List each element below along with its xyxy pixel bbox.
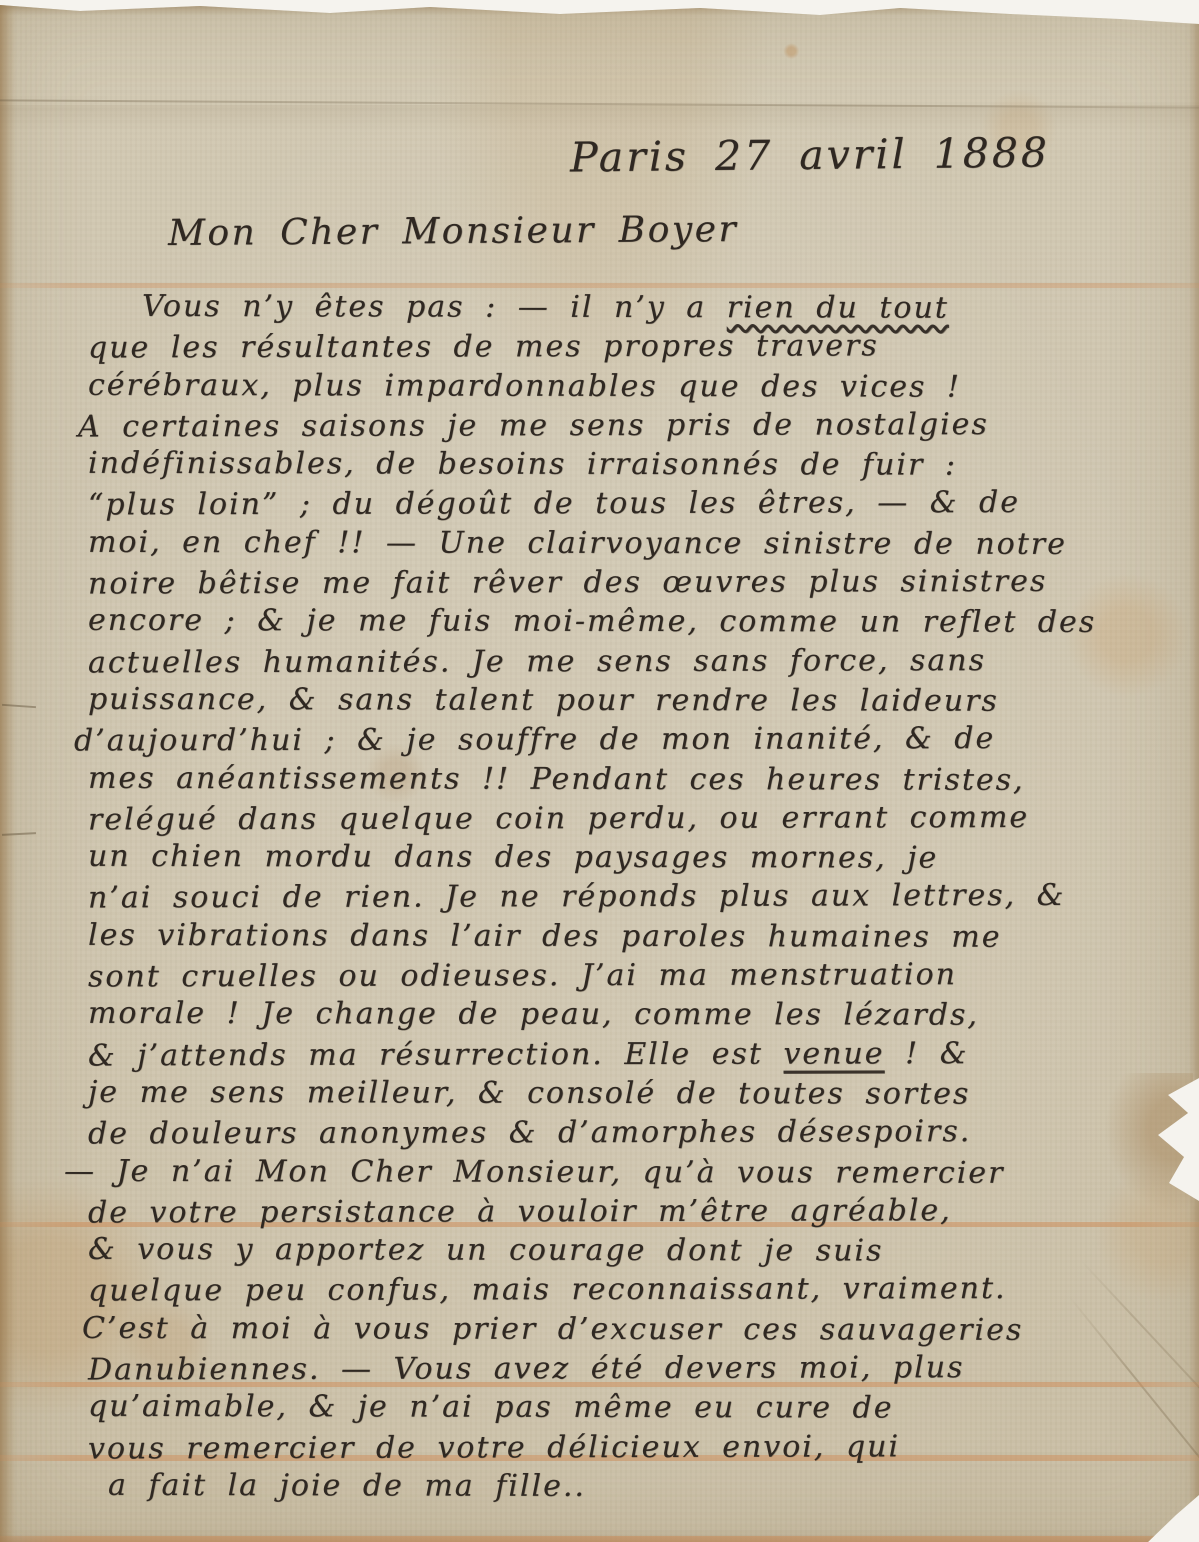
handwritten-line: les vibrations dans l’air des paroles hu… — [88, 916, 1192, 958]
handwritten-line: C’est à moi à vous prier d’excuser ces s… — [82, 1309, 1192, 1351]
handwritten-line: & vous y apportez un courage dont je sui… — [88, 1230, 1192, 1272]
handwritten-line: actuelles humanités. Je me sens sans for… — [88, 640, 1192, 682]
handwritten-line: d’aujourd’hui ; & je souffre de mon inan… — [74, 719, 1192, 761]
handwritten-line: puissance, & sans talent pour rendre les… — [88, 680, 1192, 722]
handwritten-line: — Je n’ai Mon Cher Monsieur, qu’à vous r… — [64, 1151, 1192, 1193]
handwritten-line: qu’aimable, & je n’ai pas même eu cure d… — [88, 1387, 1192, 1429]
underlined-phrase: venue — [783, 1036, 884, 1071]
paper-edge-left — [0, 5, 16, 1542]
handwritten-line: de votre persistance à vouloir m’être ag… — [88, 1190, 1192, 1232]
letter-dateline: Paris 27 avril 1888 — [570, 128, 1050, 181]
handwritten-line: moi, en chef !! — Une clairvoyance sinis… — [88, 523, 1192, 565]
handwritten-line: indéfinissables, de besoins irraisonnés … — [88, 444, 1192, 486]
ruled-line — [0, 1536, 1199, 1542]
handwritten-line: cérébraux, plus impardonnables que des v… — [88, 365, 1192, 407]
handwritten-line: & j’attends ma résurrection. Elle est ve… — [88, 1033, 1192, 1075]
handwritten-line: Danubiennes. — Vous avez été devers moi,… — [88, 1348, 1192, 1390]
scanned-letter: Paris 27 avril 1888 Mon Cher Monsieur Bo… — [0, 0, 1199, 1542]
handwritten-line: vous remercier de votre délicieux envoi,… — [88, 1426, 1192, 1468]
fold-crease-shadow — [0, 105, 1199, 131]
underlined-phrase: rien du tout — [727, 290, 949, 325]
handwritten-line: Vous n’y êtes pas : — il n’y a rien du t… — [88, 287, 1192, 329]
handwritten-line: “plus loin” ; du dégoût de tous les être… — [88, 483, 1192, 525]
paper-sheet: Paris 27 avril 1888 Mon Cher Monsieur Bo… — [0, 5, 1199, 1542]
handwritten-line: un chien mordu dans des paysages mornes,… — [88, 837, 1192, 879]
handwritten-line: sont cruelles ou odieuses. J’ai ma menst… — [88, 955, 1192, 997]
handwritten-line: noire bêtise me fait rêver des œuvres pl… — [88, 562, 1192, 604]
handwritten-line: que les résultantes de mes propres trave… — [88, 326, 1192, 368]
handwritten-line: A certaines saisons je me sens pris de n… — [78, 404, 1192, 446]
handwritten-line: mes anéantissements !! Pendant ces heure… — [88, 758, 1192, 800]
handwritten-line: a fait la joie de ma fille.. — [88, 1466, 1192, 1508]
paper-edge-top — [0, 5, 1199, 15]
handwritten-line: quelque peu confus, mais reconnaissant, … — [88, 1269, 1192, 1311]
handwritten-line: n’ai souci de rien. Je ne réponds plus a… — [88, 876, 1192, 918]
handwritten-line: de douleurs anonymes & d’amorphes désesp… — [88, 1112, 1192, 1154]
letter-salutation: Mon Cher Monsieur Boyer — [168, 209, 738, 254]
handwritten-line: morale ! Je change de peau, comme les lé… — [88, 994, 1192, 1036]
letter-body: Vous n’y êtes pas : — il n’y a rien du t… — [88, 288, 1192, 1506]
edge-nick — [2, 832, 36, 836]
handwritten-line: encore ; & je me fuis moi-même, comme un… — [88, 601, 1192, 643]
handwritten-line: je me sens meilleur, & consolé de toutes… — [88, 1073, 1192, 1115]
handwritten-line: relégué dans quelque coin perdu, ou erra… — [88, 797, 1192, 839]
